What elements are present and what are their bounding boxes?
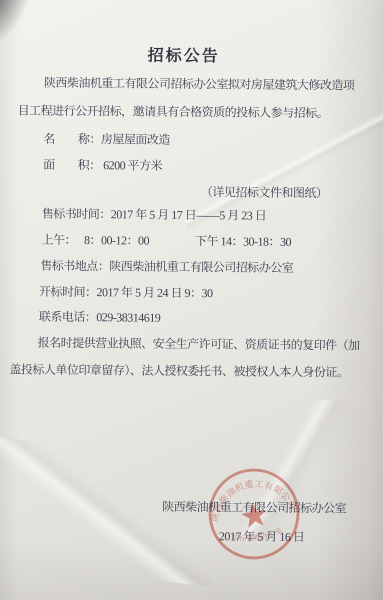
footer-date: 2017 年 5 月 16 日 — [219, 527, 305, 545]
intro-line-2: 目工程进行公开招标，邀请具有合格资质的投标人参与招标。 — [18, 101, 329, 121]
document-title: 招标公告 — [0, 41, 375, 67]
sale-time-line: 售标书时间：2017 年 5 月 17 日——5 月 23 日 — [42, 205, 267, 224]
hours-afternoon: 下午 14：30-18：30 — [195, 232, 291, 250]
hours-morning: 上午： 8：00-12：00 — [41, 231, 149, 249]
open-time-line: 开标时间：2017 年 5 月 24 日 9：30 — [39, 283, 213, 302]
project-name-line: 名 称：房屋屋面改造 — [43, 130, 170, 148]
requirements-line-1: 报名时提供营业执照、安全生产许可证、资质证书的复印件（加 — [38, 334, 360, 354]
sale-hours-line: 上午： 8：00-12：00 下午 14：30-18：30 — [41, 231, 291, 250]
phone-line: 联系电话：029-38314619 — [39, 308, 161, 326]
intro-line-1: 陕西柴油机重工有限公司招标办公室拟对房屋建筑大修改造项 — [44, 74, 355, 94]
footer-signature: 陕西柴油机重工有限公司招标办公室 — [162, 498, 346, 517]
requirements-line-2: 盖投标人单位印章留存）、法人授权委托书、被授权人本人身份证。 — [9, 360, 348, 380]
project-area-line: 面 积： 6200 平方米 — [43, 156, 162, 174]
document-photo: 招标公告 陕西柴油机重工有限公司招标办公室拟对房屋建筑大修改造项 目工程进行公开… — [0, 0, 383, 600]
document-content: 招标公告 陕西柴油机重工有限公司招标办公室拟对房屋建筑大修改造项 目工程进行公开… — [0, 0, 383, 600]
project-note-line: （详见招标文件和图纸） — [201, 183, 328, 201]
sale-place-line: 售标书地点：陕西柴油机重工有限公司招标办公室 — [40, 257, 293, 276]
